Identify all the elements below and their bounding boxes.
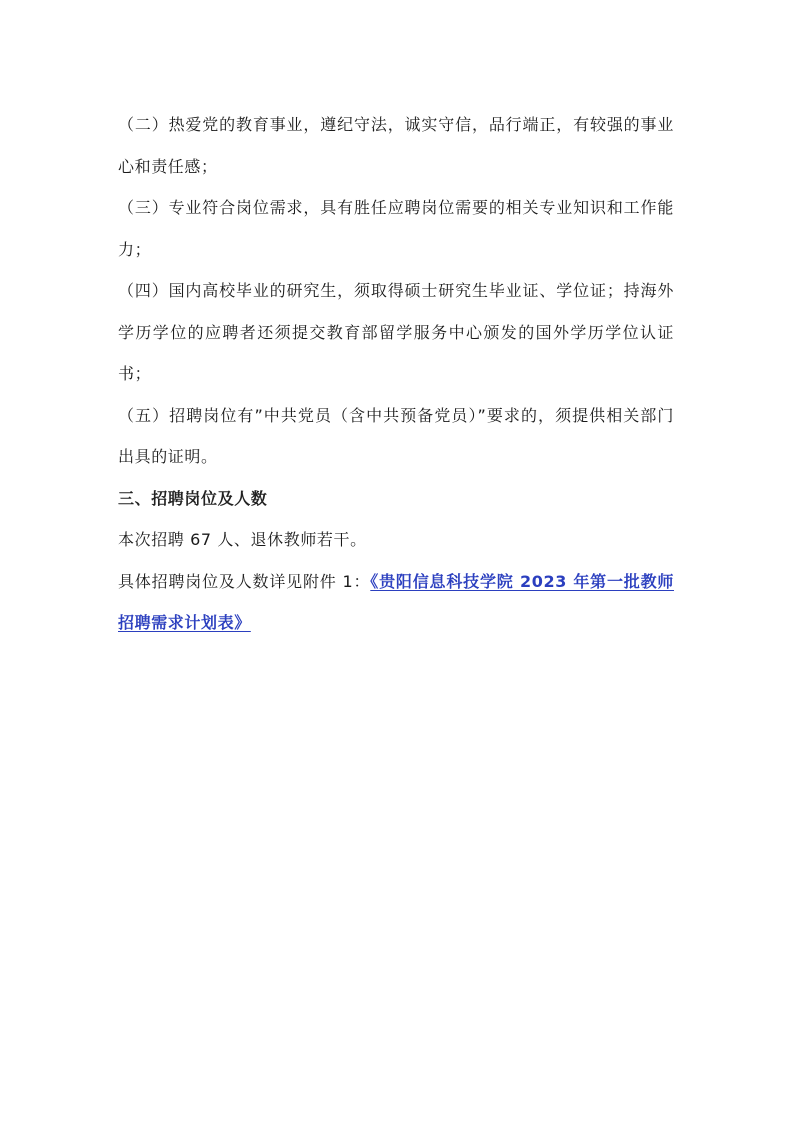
requirement-item-4: （四）国内高校毕业的研究生，须取得硕士研究生毕业证、学位证；持海外学历学位的应聘… [118,270,674,395]
attachment-paragraph: 具体招聘岗位及人数详见附件 1：《贵阳信息科技学院 2023 年第一批教师招聘需… [118,561,674,644]
requirement-item-5: （五）招聘岗位有”中共党员（含中共预备党员）”要求的，须提供相关部门出具的证明。 [118,395,674,478]
recruit-count-text: 本次招聘 67 人、退休教师若干。 [118,519,674,561]
requirement-item-3: （三）专业符合岗位需求，具有胜任应聘岗位需要的相关专业知识和工作能力； [118,187,674,270]
section-heading: 三、招聘岗位及人数 [118,478,674,520]
document-page: （二）热爱党的教育事业，遵纪守法，诚实守信，品行端正，有较强的事业心和责任感； … [118,104,674,644]
attachment-prefix: 具体招聘岗位及人数详见附件 1： [118,572,370,591]
requirement-item-2: （二）热爱党的教育事业，遵纪守法，诚实守信，品行端正，有较强的事业心和责任感； [118,104,674,187]
